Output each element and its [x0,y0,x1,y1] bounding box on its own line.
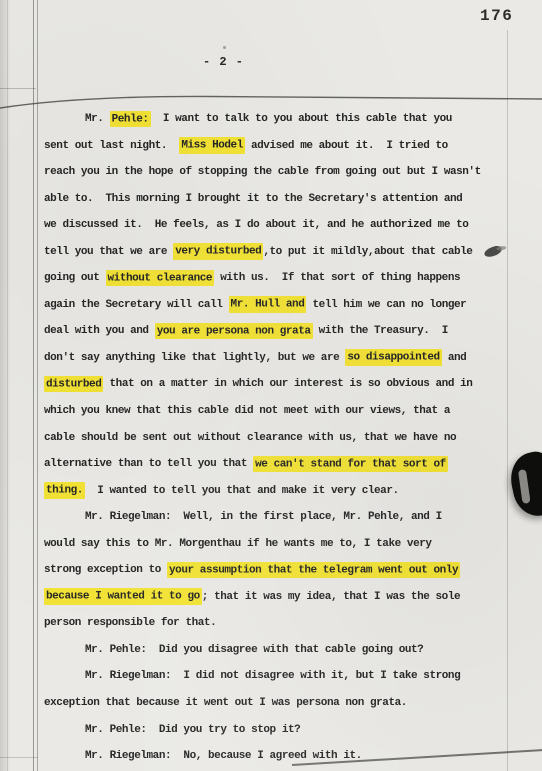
bottom-left-scan-line [0,757,38,758]
transcript: Mr. Pehle: I want to talk to you about t… [44,112,504,771]
typed-text: that on a matter in which our interest i… [103,378,472,390]
typed-text: going out [44,272,106,284]
typed-text: would say this to Mr. Morgenthau if he w… [44,538,432,550]
typed-text: reach you in the hope of stopping the ca… [44,166,481,178]
typed-text: Mr. Pehle: Did you try to stop it? [85,724,300,736]
transcript-line: person responsible for that. [44,616,504,643]
stray-ink-dot [223,46,226,49]
typed-text: tell you that we are [44,246,173,258]
highlighted-text: without clearance [106,270,215,287]
typed-text: which you knew that this cable did not m… [44,405,450,417]
highlighted-text: thing. [44,482,85,499]
transcript-line: exception that because it went out I was… [44,696,504,723]
highlighted-text: Mr. Hull and [229,296,307,313]
typed-text: ,to put it mildly,about that cable [263,246,472,258]
transcript-line: Mr. Pehle: Did you try to stop it? [44,723,504,750]
typed-text: I want to talk to you about this cable t… [151,113,452,125]
transcript-line: Mr. Riegelman: I did not disagree with i… [44,669,504,696]
scan-crease-line [0,85,542,115]
transcript-line: Mr. Riegelman: Well, in the first place,… [44,510,504,537]
highlighted-text: disturbed [44,376,103,393]
typed-text: Mr. Riegelman: Well, in the first place,… [85,511,442,523]
transcript-line: because I wanted it to go; that it was m… [44,590,504,617]
highlighted-text: you are persona non grata [155,323,313,340]
typed-text: alternative than to tell you that [44,458,253,470]
typed-text: with the Treasury. I [313,325,448,337]
typed-text: Mr. Riegelman: I did not disagree with i… [85,670,460,682]
transcript-line: deal with you and you are persona non gr… [44,324,504,351]
typed-text: tell him we can no longer [306,299,466,311]
transcript-line: thing. I wanted to tell you that and mak… [44,484,504,511]
typed-text: cable should be sent out without clearan… [44,432,456,444]
page-number: 176 [480,7,513,25]
typed-text: sent out last night. [44,140,179,152]
typed-text: strong exception to [44,564,167,576]
typed-text: deal with you and [44,325,155,337]
transcript-line: Mr. Pehle: I want to talk to you about t… [44,112,504,139]
right-margin-rule-line [507,30,508,771]
highlighted-text: we can't stand for that sort of [253,456,448,473]
transcript-line: disturbed that on a matter in which our … [44,377,504,404]
transcript-line: reach you in the hope of stopping the ca… [44,165,504,192]
typed-text: with us. If that sort of thing happens [214,272,460,284]
typed-text: and [442,352,467,364]
typed-text: don't say anything like that lightly, bu… [44,352,345,364]
transcript-line: which you knew that this cable did not m… [44,404,504,431]
left-margin-rule-line-2 [37,0,38,771]
transcript-line: alternative than to tell you that we can… [44,457,504,484]
highlighted-text: very disturbed [173,243,263,260]
typed-text: able to. This morning I brought it to th… [44,193,462,205]
transcript-line: able to. This morning I brought it to th… [44,192,504,219]
typed-text: ; that it was my idea, that I was the so… [202,591,460,603]
typed-text: we discussed it. He feels, as I do about… [44,219,468,231]
typed-text: person responsible for that. [44,617,216,629]
typed-text: again the Secretary will call [44,299,229,311]
typed-text: Mr. [85,113,110,125]
transcript-line: again the Secretary will call Mr. Hull a… [44,298,504,325]
transcript-line: Mr. Pehle: Did you disagree with that ca… [44,643,504,670]
transcript-line: cable should be sent out without clearan… [44,431,504,458]
page-header-label: - 2 - [203,55,244,69]
highlighted-text: Miss Hodel [179,137,245,154]
typed-text: Mr. Pehle: Did you disagree with that ca… [85,644,423,656]
transcript-line: tell you that we are very disturbed,to p… [44,245,504,272]
transcript-line: sent out last night. Miss Hodel advised … [44,139,504,166]
transcript-line: strong exception to your assumption that… [44,563,504,590]
typed-text: I wanted to tell you that and make it ve… [85,485,399,497]
transcript-line: don't say anything like that lightly, bu… [44,351,504,378]
transcript-line: would say this to Mr. Morgenthau if he w… [44,537,504,564]
scan-left-edge-shadow [0,0,11,771]
transcript-line: going out without clearance with us. If … [44,271,504,298]
scan-left-edge-line [7,0,8,771]
typed-text: Mr. Riegelman: No, because I agreed with… [85,750,362,762]
transcript-line: we discussed it. He feels, as I do about… [44,218,504,245]
highlighted-text: because I wanted it to go [44,588,202,605]
typed-text: exception that because it went out I was… [44,697,407,709]
highlighted-text: your assumption that the telegram went o… [167,562,460,579]
highlighted-text: Pehle: [110,111,151,128]
binder-clip-shadow-object [506,448,542,521]
highlighted-text: so disappointed [345,349,441,366]
transcript-line: Mr. Riegelman: No, because I agreed with… [44,749,504,771]
typed-text: advised me about it. I tried to [245,140,448,152]
left-margin-rule-line [33,0,34,771]
scanned-document-page: 176 - 2 - Mr. Pehle: I want to talk to y… [0,0,542,771]
faint-horizontal-line [0,88,36,89]
